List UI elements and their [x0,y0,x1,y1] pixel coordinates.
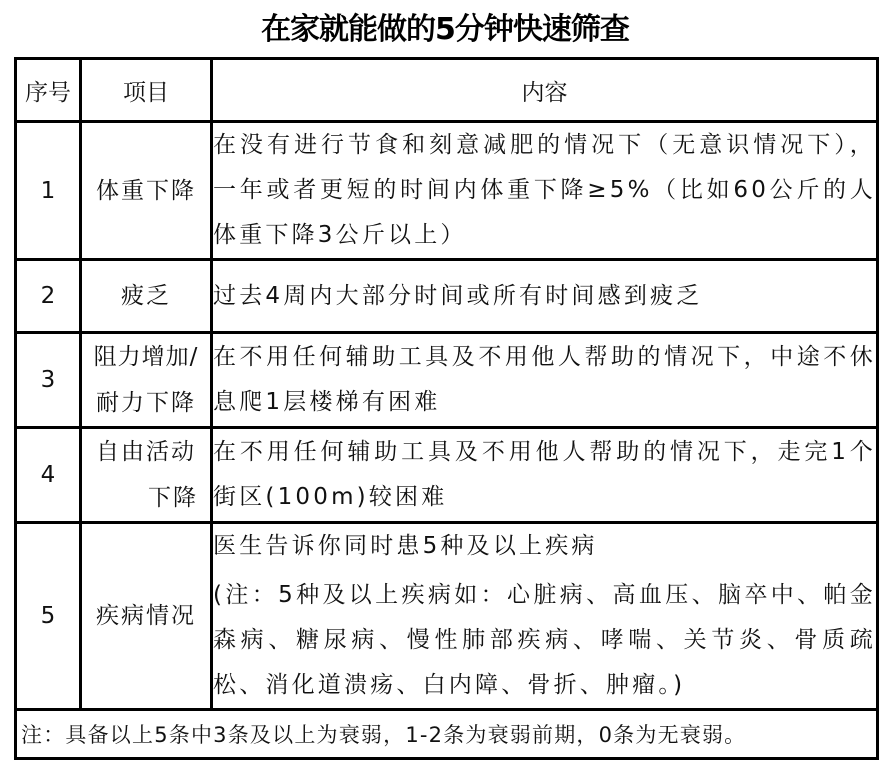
row-item-line: 阻力增加/ [82,334,210,380]
row-item-line: 下降 [82,475,210,521]
column-header-item: 项目 [81,59,212,122]
column-header-content: 内容 [212,59,878,122]
row-content: 在不用任何辅助工具及不用他人帮助的情况下，走完1个街区(100m)较困难 [212,428,878,523]
row-item: 自由活动 下降 [81,428,212,523]
page-title: 在家就能做的5分钟快速筛查 [0,8,890,52]
row-content-text: 过去4周内大部分时间或所有时间感到疲乏 [213,274,876,319]
row-number: 1 [16,122,81,260]
column-header-no: 序号 [16,59,81,122]
row-number: 4 [16,428,81,523]
row-item: 疾病情况 [81,523,212,710]
footnote-row: 注：具备以上5条中3条及以上为衰弱，1-2条为衰弱前期，0条为无衰弱。 [16,710,878,759]
row-item-line: 耐力下降 [82,380,210,426]
row-content-text: 医生告诉你同时患5种及以上疾病 [213,524,876,569]
table-header-row: 序号 项目 内容 [16,59,878,122]
row-number: 2 [16,260,81,333]
row-item-line: 自由活动 [82,429,210,475]
row-item-line: 体重下降 [82,168,210,214]
row-content: 医生告诉你同时患5种及以上疾病 (注：5种及以上疾病如：心脏病、高血压、脑卒中、… [212,523,878,710]
row-content-note: (注：5种及以上疾病如：心脏病、高血压、脑卒中、帕金森病、糖尿病、慢性肺部疾病、… [213,573,876,708]
table-row: 1 体重下降 在没有进行节食和刻意减肥的情况下（无意识情况下），一年或者更短的时… [16,122,878,260]
row-item: 体重下降 [81,122,212,260]
row-content-text: 在没有进行节食和刻意减肥的情况下（无意识情况下），一年或者更短的时间内体重下降≥… [213,123,876,258]
row-item: 阻力增加/ 耐力下降 [81,333,212,428]
row-item-line: 疾病情况 [82,593,210,639]
table-row: 4 自由活动 下降 在不用任何辅助工具及不用他人帮助的情况下，走完1个街区(10… [16,428,878,523]
row-content: 过去4周内大部分时间或所有时间感到疲乏 [212,260,878,333]
table-row: 2 疲乏 过去4周内大部分时间或所有时间感到疲乏 [16,260,878,333]
row-content: 在不用任何辅助工具及不用他人帮助的情况下，中途不休息爬1层楼梯有困难 [212,333,878,428]
row-item: 疲乏 [81,260,212,333]
row-content-text: 在不用任何辅助工具及不用他人帮助的情况下，中途不休息爬1层楼梯有困难 [213,335,876,425]
row-content: 在没有进行节食和刻意减肥的情况下（无意识情况下），一年或者更短的时间内体重下降≥… [212,122,878,260]
row-number: 5 [16,523,81,710]
row-number: 3 [16,333,81,428]
row-content-text: 在不用任何辅助工具及不用他人帮助的情况下，走完1个街区(100m)较困难 [213,430,876,520]
row-item-line: 疲乏 [82,273,210,319]
table-row: 3 阻力增加/ 耐力下降 在不用任何辅助工具及不用他人帮助的情况下，中途不休息爬… [16,333,878,428]
table-row: 5 疾病情况 医生告诉你同时患5种及以上疾病 (注：5种及以上疾病如：心脏病、高… [16,523,878,710]
screening-table: 序号 项目 内容 1 体重下降 在没有进行节食和刻意减肥的情况下（无意识情况下）… [14,57,879,760]
footnote: 注：具备以上5条中3条及以上为衰弱，1-2条为衰弱前期，0条为无衰弱。 [16,710,878,759]
